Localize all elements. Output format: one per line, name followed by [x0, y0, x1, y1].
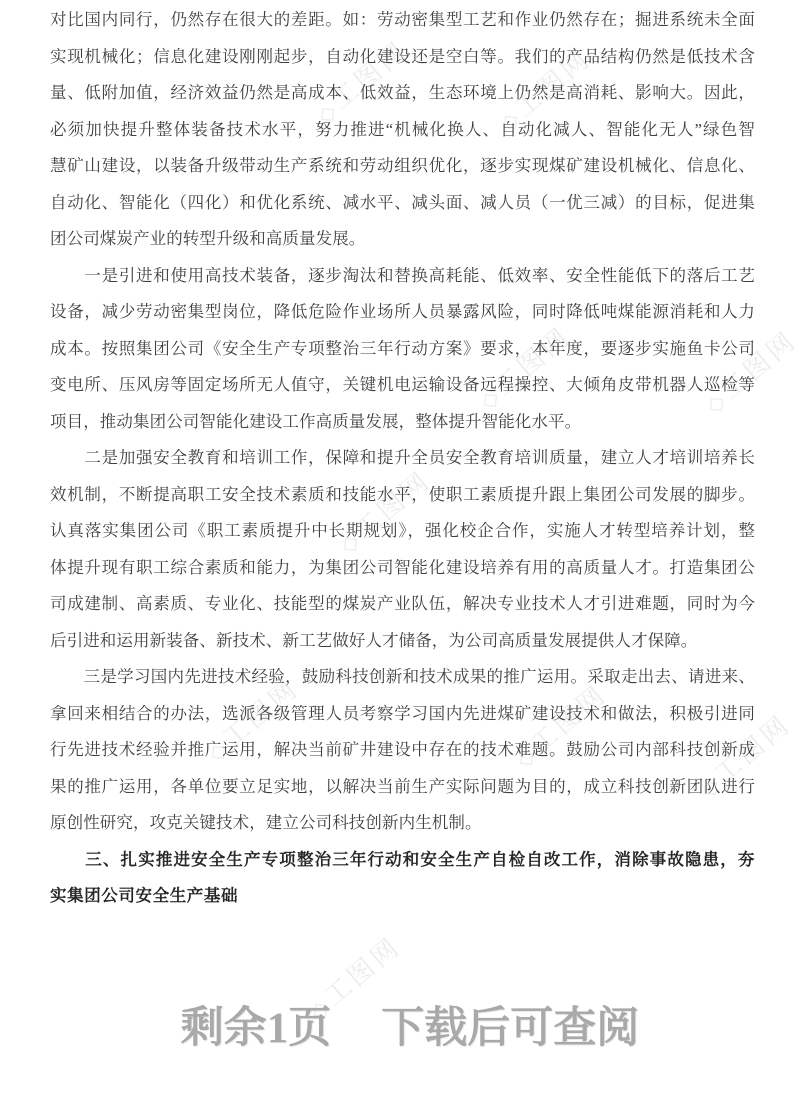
download-hint-label: 下载后可查阅: [381, 1001, 639, 1057]
text-line: 量、低附加值，经济效益仍然是高成本、低效益，生态环境上仍然是高消耗、影响大。因此…: [50, 75, 755, 112]
text-line: 必须加快提升整体装备技术水平，努力推进“机械化换人、自动化减人、智能化无人”绿色…: [50, 112, 755, 149]
paragraph-point-two: 二是加强安全教育和培训工作，保障和提升全员安全教育培训质量，建立人才培训培养长 …: [50, 440, 755, 659]
text-line: 果的推广运用，各单位要立足实地，以解决当前生产实际问题为目的，成立科技创新团队进…: [50, 769, 755, 806]
text-line: 体提升现有职工综合素质和能力，为集团公司智能化建设培养有用的高质量人才。打造集团…: [50, 550, 755, 587]
paragraph-continuation: 对比国内同行，仍然存在很大的差距。如：劳动密集型工艺和作业仍然存在；掘进系统未全…: [50, 2, 755, 258]
heading-line: 实集团公司安全生产基础: [50, 878, 755, 915]
text-line: 实现机械化；信息化建设刚刚起步，自动化建设还是空白等。我们的产品结构仍然是低技术…: [50, 39, 755, 76]
paragraph-point-three: 三是学习国内先进技术经验，鼓励科技创新和技术成果的推广运用。采取走出去、请进来、…: [50, 659, 755, 842]
document-body: 对比国内同行，仍然存在很大的差距。如：劳动密集型工艺和作业仍然存在；掘进系统未全…: [50, 2, 755, 915]
watermark-label: 工图网: [319, 931, 407, 1011]
text-line: 效机制，不断提高职工安全技术素质和技能水平，使职工素质提升跟上集团公司发展的脚步…: [50, 477, 755, 514]
text-line: 二是加强安全教育和培训工作，保障和提升全员安全教育培训质量，建立人才培训培养长: [50, 440, 755, 477]
text-line: 成本。按照集团公司《安全生产专项整治三年行动方案》要求，本年度，要逐步实施鱼卡公…: [50, 331, 755, 368]
paragraph-point-one: 一是引进和使用高技术装备，逐步淘汰和替换高耗能、低效率、安全性能低下的落后工艺 …: [50, 258, 755, 441]
text-line: 项目，推动集团公司智能化建设工作高质量发展，整体提升智能化水平。: [50, 404, 755, 441]
heading-line: 三、扎实推进安全生产专项整治三年行动和安全生产自检自改工作，消除事故隐患，夯: [50, 842, 755, 879]
text-line: 变电所、压风房等固定场所无人值守，关键机电运输设备远程操控、大倾角皮带机器人巡检…: [50, 367, 755, 404]
section-heading: 三、扎实推进安全生产专项整治三年行动和安全生产自检自改工作，消除事故隐患，夯 实…: [50, 842, 755, 915]
text-line: 自动化、智能化（四化）和优化系统、减水平、减头面、减人员（一优三减）的目标，促进…: [50, 185, 755, 222]
text-line: 团公司煤炭产业的转型升级和高质量发展。: [50, 221, 755, 258]
text-line: 设备，减少劳动密集型岗位，降低危险作业场所人员暴露风险，同时降低吨煤能源消耗和人…: [50, 294, 755, 331]
text-line: 三是学习国内先进技术经验，鼓励科技创新和技术成果的推广运用。采取走出去、请进来、: [50, 659, 755, 696]
text-line: 拿回来相结合的办法，选派各级管理人员考察学习国内先进煤矿建设技术和做法，积极引进…: [50, 696, 755, 733]
preview-footer: 剩余1页 下载后可查阅: [0, 1001, 800, 1057]
text-line: 后引进和运用新装备、新技术、新工艺做好人才储备，为公司高质量发展提供人才保障。: [50, 623, 755, 660]
text-line: 原创性研究，攻克关键技术，建立公司科技创新内生机制。: [50, 805, 755, 842]
remaining-pages-label: 剩余1页: [181, 1001, 332, 1057]
text-line: 行先进技术经验并推广运用，解决当前矿井建设中存在的技术难题。鼓励公司内部科技创新…: [50, 732, 755, 769]
text-line: 慧矿山建设，以装备升级带动生产系统和劳动组织优化，逐步实现煤矿建设机械化、信息化…: [50, 148, 755, 185]
text-line: 司成建制、高素质、专业化、技能型的煤炭产业队伍，解决专业技术人才引进难题，同时为…: [50, 586, 755, 623]
text-line: 认真落实集团公司《职工素质提升中长期规划》，强化校企合作，实施人才转型培养计划，…: [50, 513, 755, 550]
document-page: ◇工图网 ◇工图网 ◇工图网 ◇工图网 ◇工图网 ◇工图网 ◇工图网 ◇工图网 …: [0, 0, 800, 1109]
text-line: 一是引进和使用高技术装备，逐步淘汰和替换高耗能、低效率、安全性能低下的落后工艺: [50, 258, 755, 295]
text-line: 对比国内同行，仍然存在很大的差距。如：劳动密集型工艺和作业仍然存在；掘进系统未全…: [50, 2, 755, 39]
